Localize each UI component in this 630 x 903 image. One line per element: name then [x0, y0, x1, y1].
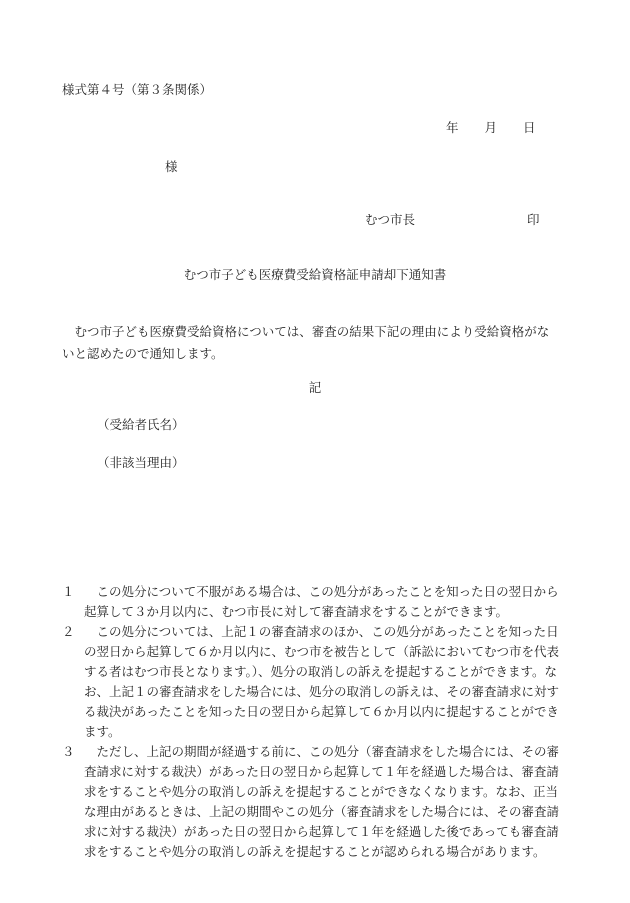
date-day: 日	[523, 118, 536, 136]
note-item: １ この処分について不服がある場合は、この処分があったことを知った日の翌日から起…	[62, 582, 562, 622]
note-text: ただし、上記の期間が経過する前に、この処分（審査請求をした場合には、その審査請求…	[74, 742, 562, 862]
note-text: この処分については、上記１の審査請求のほか、この処分があったことを知った日の翌日…	[74, 622, 562, 742]
date-line: 年 月 日	[446, 118, 536, 136]
document-title-text: むつ市子ども医療費受給資格証申請却下通知書	[184, 265, 447, 283]
note-text: この処分について不服がある場合は、この処分があったことを知った日の翌日から起算し…	[74, 582, 562, 622]
body-paragraph: むつ市子ども医療費受給資格については、審査の結果下記の理由により受給資格がないと…	[62, 321, 552, 365]
date-month: 月	[485, 118, 498, 136]
document-title: むつ市子ども医療費受給資格証申請却下通知書	[0, 265, 630, 283]
date-year: 年	[446, 118, 459, 136]
note-item: ２ この処分については、上記１の審査請求のほか、この処分があったことを知った日の…	[62, 622, 562, 742]
form-number: 様式第４号（第３条関係）	[62, 80, 212, 98]
ki-heading: 記	[0, 378, 630, 396]
notes-list: １ この処分について不服がある場合は、この処分があったことを知った日の翌日から起…	[62, 582, 562, 862]
recipient-name-field: （受給者氏名）	[97, 415, 185, 433]
reason-field: （非該当理由）	[97, 453, 185, 471]
seal-mark: 印	[527, 210, 540, 228]
addressee-suffix: 様	[165, 157, 178, 175]
issuer: むつ市長	[365, 210, 415, 228]
note-item: ３ ただし、上記の期間が経過する前に、この処分（審査請求をした場合には、その審査…	[62, 742, 562, 862]
